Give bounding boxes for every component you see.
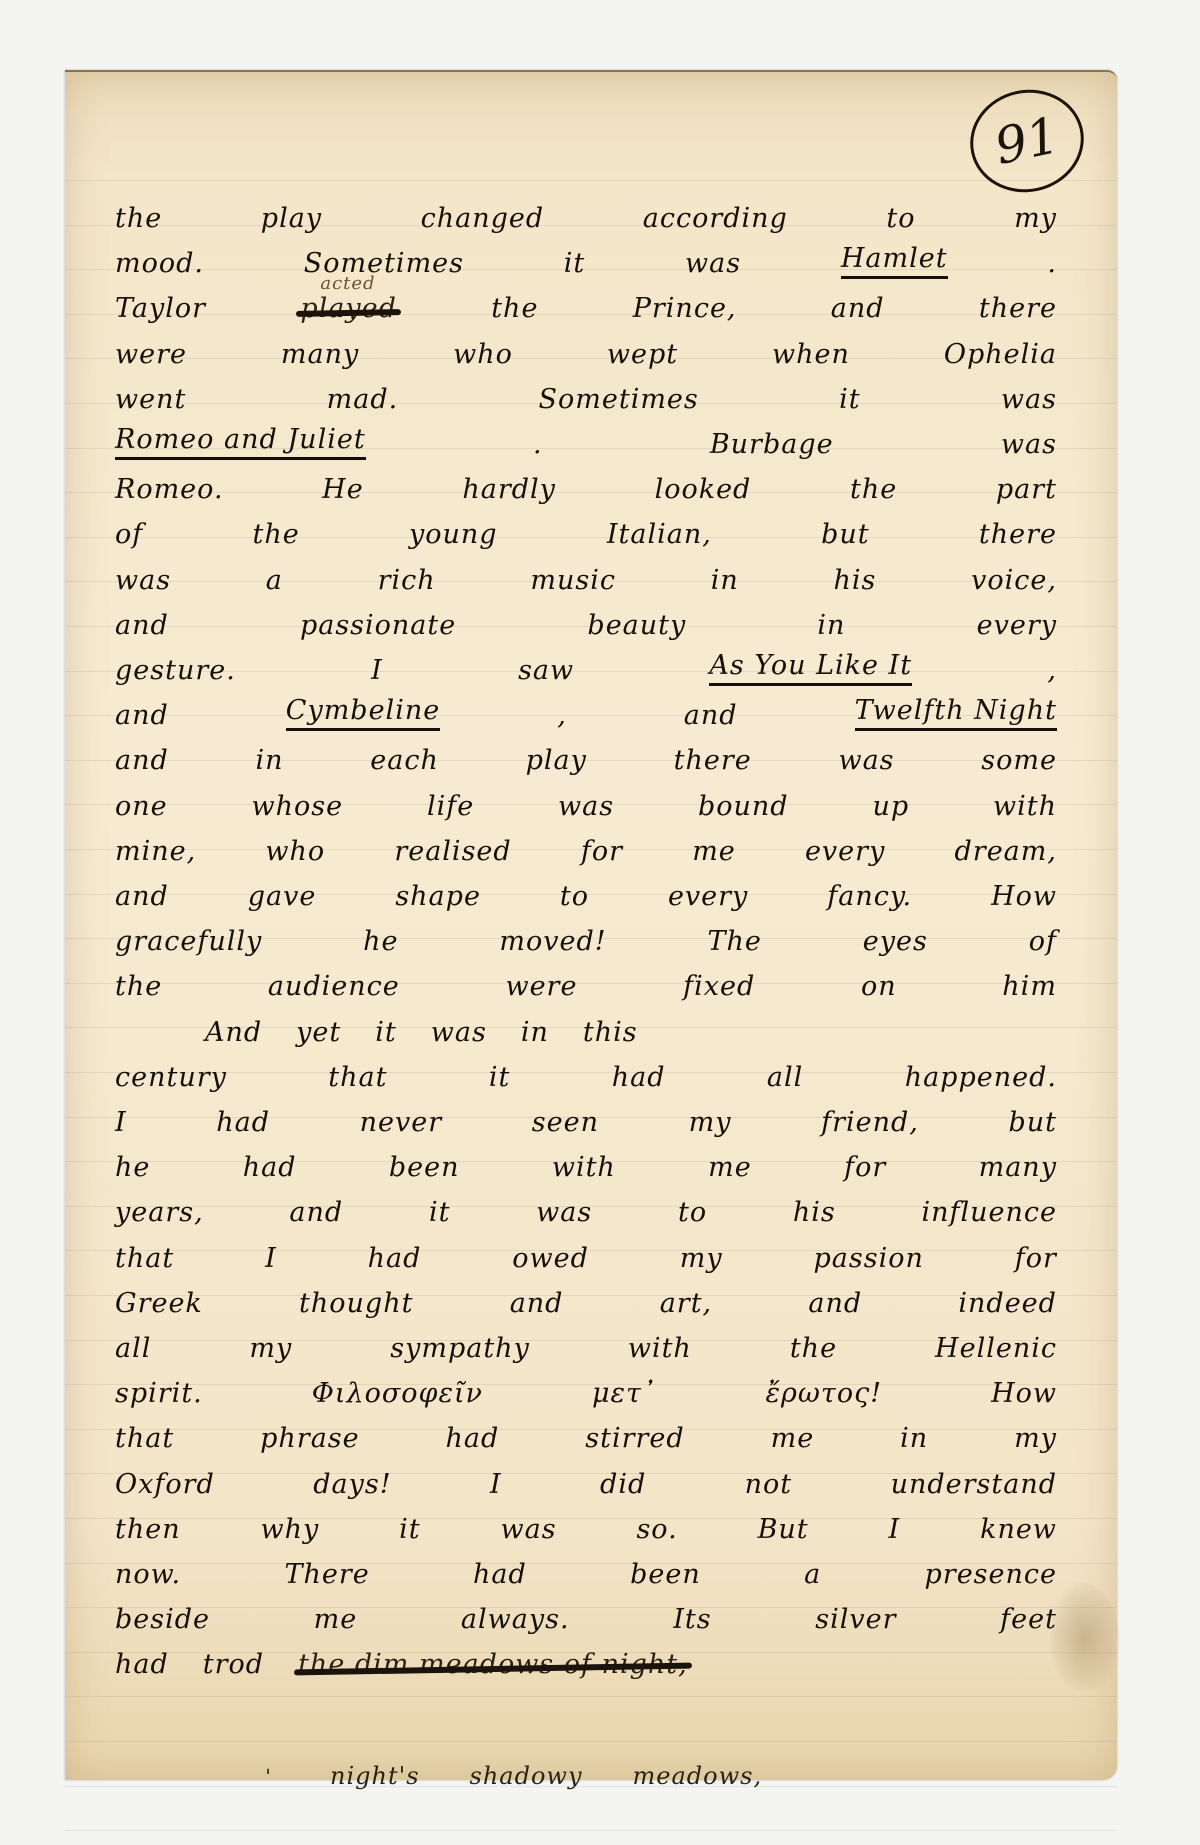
word: He [322, 474, 364, 505]
word: beauty [587, 610, 686, 641]
word: and [115, 881, 169, 912]
word: fixed [683, 971, 755, 1002]
word: all [115, 1333, 151, 1364]
word: . [533, 429, 543, 460]
word: was [536, 1197, 592, 1228]
word: life [427, 791, 474, 822]
word: his [793, 1197, 836, 1228]
word: understand [891, 1469, 1057, 1500]
word: for [1015, 1243, 1057, 1274]
word: thought [299, 1288, 413, 1319]
word: my [1014, 203, 1057, 234]
manuscript-line: andCymbeline,andTwelfth Night [115, 687, 1057, 731]
word: then [115, 1514, 181, 1545]
word: the [115, 203, 162, 234]
word: phrase [260, 1423, 360, 1454]
word: many [979, 1152, 1057, 1183]
word: spirit. [115, 1378, 203, 1409]
word: now. [115, 1559, 181, 1590]
manuscript-line: andgaveshapetoeveryfancy.How [115, 868, 1057, 912]
word: Its [673, 1604, 711, 1635]
word: . [1047, 248, 1057, 279]
word: my [1014, 1423, 1057, 1454]
inserted-word: night's [330, 1762, 420, 1790]
word: voice, [971, 565, 1057, 596]
word: trod [203, 1649, 264, 1680]
word: the [491, 293, 538, 324]
word: to [678, 1197, 707, 1228]
inserted-word: shadowy [470, 1762, 583, 1790]
word: and [510, 1288, 564, 1319]
word: that [115, 1423, 174, 1454]
word: Φιλοσοφεῖν [312, 1378, 483, 1409]
underlined-title: Twelfth Night [855, 695, 1057, 731]
word: went [115, 384, 186, 415]
interlinear-insertion: acted [320, 273, 375, 294]
word: presence [925, 1559, 1058, 1590]
word: me [771, 1423, 815, 1454]
word: stirred [585, 1423, 684, 1454]
manuscript-line: andpassionatebeautyinevery [115, 597, 1057, 641]
word: some [981, 745, 1057, 776]
manuscript-line: oftheyoungItalian,butthere [115, 506, 1057, 550]
word: owed [512, 1243, 589, 1274]
word: years, [115, 1197, 204, 1228]
word: was [431, 1017, 487, 1048]
word: my [249, 1333, 292, 1364]
word: dream, [955, 836, 1057, 867]
word: I [371, 655, 383, 686]
word: passion [814, 1243, 924, 1274]
word: it [564, 248, 586, 279]
word: But [758, 1514, 809, 1545]
word: was [1001, 429, 1057, 460]
word: to [886, 203, 915, 234]
word: each [370, 745, 439, 776]
word: was [838, 745, 894, 776]
manuscript-line: Ihadneverseenmyfriend,but [115, 1094, 1057, 1138]
word: why [260, 1514, 319, 1545]
word: in [521, 1017, 549, 1048]
paper-stain [1050, 1582, 1120, 1692]
word: Burbage [710, 429, 834, 460]
word: , [557, 700, 567, 731]
word: ἔρωτος! [766, 1378, 883, 1409]
word: century [115, 1062, 227, 1093]
word: me [708, 1152, 752, 1183]
ruled-line [65, 1696, 1117, 1697]
word: rich [378, 565, 436, 596]
manuscript-line: mood.SometimesitwasHamlet. [115, 235, 1057, 279]
word: in [900, 1423, 928, 1454]
word: had [243, 1152, 297, 1183]
word: with [552, 1152, 616, 1183]
word: and [684, 700, 738, 731]
word: in [711, 565, 739, 596]
word: happened. [905, 1062, 1057, 1093]
page-number-text: 91 [990, 106, 1064, 176]
word: had [368, 1243, 422, 1274]
word: I [265, 1243, 277, 1274]
manuscript-line: Romeo and Juliet.Burbagewas [115, 416, 1057, 460]
manuscript-line: TaylorplayedactedthePrince,andthere [115, 280, 1057, 324]
manuscript-line: years,anditwastohisinfluence [115, 1184, 1057, 1228]
word: Ophelia [944, 339, 1057, 370]
word: did [600, 1469, 646, 1500]
manuscript-line: gracefullyhemoved!Theeyesof [115, 913, 1057, 957]
word: Greek [115, 1288, 203, 1319]
word: Oxford [115, 1469, 215, 1500]
word: and [808, 1288, 862, 1319]
word: had [473, 1559, 527, 1590]
word: was [558, 791, 614, 822]
insertion-caret: ˌ [265, 1752, 271, 1777]
word: was [685, 248, 741, 279]
word: there [979, 519, 1057, 550]
word: influence [921, 1197, 1057, 1228]
word: saw [518, 655, 574, 686]
manuscript-line: Greekthoughtandart,andindeed [115, 1275, 1057, 1319]
word: it [489, 1062, 511, 1093]
word: one [115, 791, 168, 822]
word: when [772, 339, 850, 370]
ruled-line [65, 1830, 1117, 1831]
word: play [526, 745, 587, 776]
word: Sometimes [539, 384, 699, 415]
word: passionate [300, 610, 456, 641]
word: were [505, 971, 577, 1002]
word: Italian, [607, 519, 712, 550]
word: he [115, 1152, 150, 1183]
word: always. [461, 1604, 570, 1635]
circled-page-number: 91 [961, 79, 1094, 202]
word: hardly [462, 474, 556, 505]
word: How [991, 1378, 1057, 1409]
word: gesture. [115, 655, 236, 686]
word: every [977, 610, 1057, 641]
word: of [115, 519, 143, 550]
word: seen [532, 1107, 599, 1138]
word: so. [636, 1514, 677, 1545]
word: with [628, 1333, 692, 1364]
word: the [253, 519, 300, 550]
manuscript-line: allmysympathywiththeHellenic [115, 1320, 1057, 1364]
word: that [328, 1062, 387, 1093]
manuscript-line: hadtrodthe dim meadows of night, [115, 1636, 1057, 1680]
word: for [581, 836, 623, 867]
manuscript-line: now.Therehadbeenapresence [115, 1546, 1057, 1590]
word: all [767, 1062, 803, 1093]
word: for [844, 1152, 886, 1183]
word: had [216, 1107, 270, 1138]
word: and [115, 745, 169, 776]
word: was [501, 1514, 557, 1545]
underlined-title: As You Like It [709, 650, 912, 686]
word: this [583, 1017, 638, 1048]
manuscript-line: gesture.IsawAs You Like It, [115, 642, 1057, 686]
word: the [115, 971, 162, 1002]
word: but [821, 519, 870, 550]
manuscript-line: spirit.Φιλοσοφεῖνμετ᾽ἔρωτος!How [115, 1365, 1057, 1409]
word: mad. [327, 384, 399, 415]
manuscript-line: thenwhyitwasso.ButIknew [115, 1501, 1057, 1545]
manuscript-line: theplaychangedaccordingtomy [115, 190, 1057, 234]
word: fancy. [827, 881, 912, 912]
word: and [289, 1197, 343, 1228]
word: there [674, 745, 752, 776]
word: μετ᾽ [592, 1378, 656, 1409]
manuscript-line: andineachplaytherewassome [115, 732, 1057, 776]
word: beside [115, 1604, 210, 1635]
inserted-revision: night'sshadowymeadows, [330, 1762, 812, 1790]
manuscript-page: 91 theplaychangedaccordingtomymood.Somet… [65, 70, 1117, 1780]
inserted-word: meadows, [633, 1762, 763, 1790]
ruled-line [65, 180, 1117, 181]
word: shape [395, 881, 481, 912]
word: play [261, 203, 322, 234]
struck-word: playedacted [300, 293, 397, 324]
word: Hellenic [935, 1333, 1057, 1364]
word: there [979, 293, 1057, 324]
word: my [689, 1107, 732, 1138]
word: it [375, 1017, 397, 1048]
word: Romeo. [115, 474, 224, 505]
word: had [115, 1649, 169, 1680]
manuscript-line: Andyetitwasinthis [205, 1004, 1057, 1048]
word: been [630, 1559, 701, 1590]
word: art, [660, 1288, 712, 1319]
word: it [429, 1197, 451, 1228]
word: in [256, 745, 284, 776]
word: , [1047, 655, 1057, 686]
word: in [817, 610, 845, 641]
word: moved! [499, 926, 606, 957]
struck-word: the dim meadows of night, [298, 1649, 688, 1680]
word: and [115, 700, 169, 731]
word: been [389, 1152, 460, 1183]
word: who [265, 836, 325, 867]
word: eyes [863, 926, 928, 957]
word: audience [268, 971, 400, 1002]
word: every [805, 836, 885, 867]
word: my [680, 1243, 723, 1274]
word: his [833, 565, 876, 596]
word: wept [607, 339, 678, 370]
word: me [692, 836, 736, 867]
word: bound [698, 791, 789, 822]
word: who [453, 339, 513, 370]
word: mood. [115, 248, 204, 279]
word: of [1029, 926, 1057, 957]
word: me [314, 1604, 358, 1635]
word: was [1001, 384, 1057, 415]
manuscript-line: centurythatithadallhappened. [115, 1049, 1057, 1093]
word: I [115, 1107, 127, 1138]
word: that [115, 1243, 174, 1274]
word: had [446, 1423, 500, 1454]
word: part [996, 474, 1057, 505]
word: music [530, 565, 616, 596]
word: friend, [821, 1107, 919, 1138]
word: but [1008, 1107, 1057, 1138]
manuscript-line: Romeo.Hehardlylookedthepart [115, 461, 1057, 505]
word: young [409, 519, 498, 550]
underlined-title: Romeo and Juliet [115, 424, 366, 460]
manuscript-line: thatIhadowedmypassionfor [115, 1230, 1057, 1274]
word: him [1002, 971, 1057, 1002]
word: realised [394, 836, 511, 867]
manuscript-line: wasarichmusicinhisvoice, [115, 552, 1057, 596]
word: and [115, 610, 169, 641]
word: silver [815, 1604, 896, 1635]
word: a [266, 565, 283, 596]
word: had [612, 1062, 666, 1093]
word: according [643, 203, 788, 234]
word: the [850, 474, 897, 505]
word: I [889, 1514, 901, 1545]
underlined-title: Cymbeline [286, 695, 440, 731]
manuscript-line: theaudiencewerefixedonhim [115, 958, 1057, 1002]
word: the [790, 1333, 837, 1364]
word: up [872, 791, 909, 822]
ruled-line [65, 1741, 1117, 1742]
manuscript-line: Oxforddays!Ididnotunderstand [115, 1456, 1057, 1500]
word: sympathy [390, 1333, 530, 1364]
word: mine, [115, 836, 196, 867]
word: not [745, 1469, 793, 1500]
word: was [115, 565, 171, 596]
word: yet [296, 1017, 341, 1048]
word: days! [313, 1469, 391, 1500]
word: The [708, 926, 762, 957]
word: a [804, 1559, 821, 1590]
manuscript-line: hehadbeenwithmeformany [115, 1139, 1057, 1183]
word: to [560, 881, 589, 912]
manuscript-line: weremanywhoweptwhenOphelia [115, 326, 1057, 370]
word: looked [655, 474, 752, 505]
word: changed [421, 203, 545, 234]
word: it [399, 1514, 421, 1545]
word: And [205, 1017, 262, 1048]
word: every [668, 881, 748, 912]
word: There [284, 1559, 369, 1590]
word: Taylor [115, 293, 206, 324]
manuscript-line: thatphrasehadstirredmeinmy [115, 1410, 1057, 1454]
word: were [115, 339, 187, 370]
word: he [363, 926, 398, 957]
word: and [831, 293, 885, 324]
word: Prince, [633, 293, 737, 324]
word: indeed [958, 1288, 1057, 1319]
word: many [281, 339, 359, 370]
word: How [991, 881, 1057, 912]
word: whose [251, 791, 343, 822]
word: it [839, 384, 861, 415]
word: on [861, 971, 897, 1002]
word: I [490, 1469, 502, 1500]
underlined-title: Hamlet [841, 243, 948, 279]
manuscript-line: mine,whorealisedformeeverydream, [115, 823, 1057, 867]
word: feet [1000, 1604, 1057, 1635]
manuscript-line: besidemealways.Itssilverfeet [115, 1591, 1057, 1635]
word: with [993, 791, 1057, 822]
manuscript-line: onewhoselifewasboundupwith [115, 778, 1057, 822]
word: gave [248, 881, 317, 912]
manuscript-line: wentmad.Sometimesitwas [115, 371, 1057, 415]
word: knew [980, 1514, 1057, 1545]
word: gracefully [115, 926, 262, 957]
word: never [360, 1107, 443, 1138]
